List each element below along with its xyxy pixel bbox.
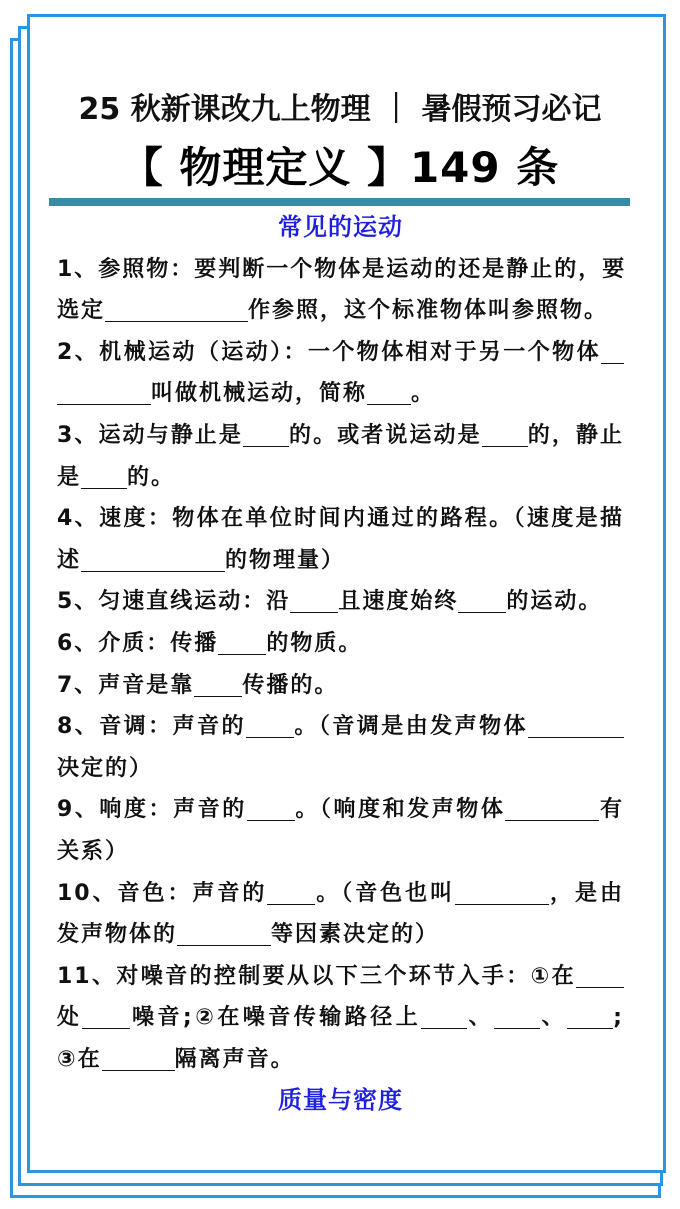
- fill-blank: ____________: [105, 301, 248, 322]
- definition-9-line-2: 关系）: [57, 831, 624, 873]
- text: 1、参照物：要判断一个物体是运动的还是静止的，要: [57, 257, 626, 282]
- text: 发声物体的: [57, 922, 177, 947]
- fill-blank: ____________: [81, 551, 225, 572]
- text: 、: [540, 1005, 567, 1030]
- fill-blank: ____: [482, 426, 528, 447]
- text: 传播的。: [242, 673, 338, 698]
- text: 叫做机械运动，简称: [151, 381, 367, 406]
- text: 。（响度和发声物体: [295, 797, 506, 822]
- fill-blank: ____: [246, 717, 294, 738]
- fill-blank: ____: [194, 676, 242, 697]
- definition-10-line-1: 10、音色：声音的____。（音色也叫________，是由: [57, 873, 624, 915]
- text: 5、匀速直线运动：沿: [57, 589, 290, 614]
- text: 的，静止: [528, 423, 624, 448]
- text: 。（音调是由发声物体: [294, 714, 528, 739]
- text: ③在: [57, 1047, 102, 1072]
- text: 处: [57, 1005, 82, 1030]
- definition-4-line-2: 述____________的物理量）: [57, 540, 624, 582]
- fill-blank: ____: [421, 1008, 467, 1029]
- text: 的。或者说运动是: [289, 423, 482, 448]
- fill-blank: ________: [455, 884, 549, 905]
- text: 6、介质：传播: [57, 631, 218, 656]
- fill-blank: ____: [267, 884, 315, 905]
- text: 的物理量）: [225, 548, 345, 573]
- text: 选定: [57, 298, 105, 323]
- text: 有: [599, 797, 624, 822]
- text: 隔离声音。: [175, 1047, 295, 1072]
- text: 噪音;②在噪音传输路径上: [130, 1005, 421, 1030]
- fill-blank: ____: [576, 967, 624, 988]
- text: 、: [467, 1005, 494, 1030]
- definition-2-line-2: ________叫做机械运动，简称____。: [57, 373, 624, 415]
- definition-9-line-1: 9、响度：声音的____。（响度和发声物体________有: [57, 789, 624, 831]
- page-title: 【 物理定义 】149 条: [40, 142, 640, 194]
- definition-7-line-1: 7、声音是靠____传播的。: [57, 665, 624, 707]
- definition-5-line-1: 5、匀速直线运动：沿____且速度始终____的运动。: [57, 581, 624, 623]
- text: ;: [613, 1005, 624, 1030]
- fill-blank: ________: [528, 717, 624, 738]
- definition-8-line-1: 8、音调：声音的____。（音调是由发声物体________: [57, 706, 624, 748]
- fill-blank: ________: [505, 800, 599, 821]
- text: 。（音色也叫: [315, 881, 455, 906]
- definition-10-line-2: 发声物体的________等因素决定的）: [57, 914, 624, 956]
- definition-4-line-1: 4、速度：物体在单位时间内通过的路程。（速度是描: [57, 498, 624, 540]
- text: ，是由: [549, 881, 624, 906]
- text: 2、机械运动（运动）：一个物体相对于另一个物体: [57, 340, 601, 365]
- definition-11-line-3: ③在______隔离声音。: [57, 1039, 624, 1081]
- text: 的运动。: [506, 589, 602, 614]
- fill-blank: ____: [367, 384, 411, 405]
- fill-blank: ____: [458, 592, 506, 613]
- text: 11、对噪音的控制要从以下三个环节入手：①在: [57, 964, 576, 989]
- text: 10、音色：声音的: [57, 881, 267, 906]
- fill-blank: ____: [81, 468, 127, 489]
- text: 的物质。: [266, 631, 362, 656]
- fill-blank: ____: [243, 426, 289, 447]
- fill-blank: ____: [82, 1008, 130, 1029]
- text: 等因素决定的）: [271, 922, 439, 947]
- fill-blank: __: [601, 343, 624, 364]
- definition-1-line-1: 1、参照物：要判断一个物体是运动的还是静止的，要: [57, 249, 624, 291]
- text: 作参照，这个标准物体叫参照物。: [248, 298, 608, 323]
- text: 7、声音是靠: [57, 673, 194, 698]
- text: 是: [57, 465, 81, 490]
- text: 述: [57, 548, 81, 573]
- definition-3-line-2: 是____的。: [57, 457, 624, 499]
- fill-blank: ____: [247, 800, 295, 821]
- text: 3、运动与静止是: [57, 423, 243, 448]
- text: 决定的）: [57, 756, 153, 781]
- fill-blank: ____: [567, 1008, 613, 1029]
- text: 。: [411, 381, 435, 406]
- fill-blank: ________: [177, 925, 271, 946]
- definition-11-line-2: 处____噪音;②在噪音传输路径上____、____、____;: [57, 997, 624, 1039]
- fill-blank: ____: [494, 1008, 540, 1029]
- definition-6-line-1: 6、介质：传播____的物质。: [57, 623, 624, 665]
- fill-blank: ______: [102, 1050, 175, 1071]
- definitions-list: 常见的运动 1、参照物：要判断一个物体是运动的还是静止的，要 选定_______…: [57, 207, 624, 1122]
- text: 的。: [127, 465, 175, 490]
- definition-2-line-1: 2、机械运动（运动）：一个物体相对于另一个物体__: [57, 332, 624, 374]
- page-subtitle: 25 秋新课改九上物理 ｜ 暑假预习必记: [40, 90, 640, 130]
- fill-blank: ____: [218, 634, 266, 655]
- text: 且速度始终: [338, 589, 458, 614]
- section-heading-motion: 常见的运动: [57, 207, 624, 249]
- text: 8、音调：声音的: [57, 714, 246, 739]
- text: 关系）: [57, 839, 129, 864]
- text: 4、速度：物体在单位时间内通过的路程。（速度是描: [57, 506, 624, 531]
- definition-1-line-2: 选定____________作参照，这个标准物体叫参照物。: [57, 290, 624, 332]
- title-divider-bar: [49, 198, 630, 206]
- text: 9、响度：声音的: [57, 797, 247, 822]
- fill-blank: ____: [290, 592, 338, 613]
- definition-8-line-2: 决定的）: [57, 748, 624, 790]
- section-heading-mass-density: 质量与密度: [57, 1080, 624, 1122]
- definition-11-line-1: 11、对噪音的控制要从以下三个环节入手：①在____: [57, 956, 624, 998]
- definition-3-line-1: 3、运动与静止是____的。或者说运动是____的，静止: [57, 415, 624, 457]
- fill-blank: ________: [57, 384, 151, 405]
